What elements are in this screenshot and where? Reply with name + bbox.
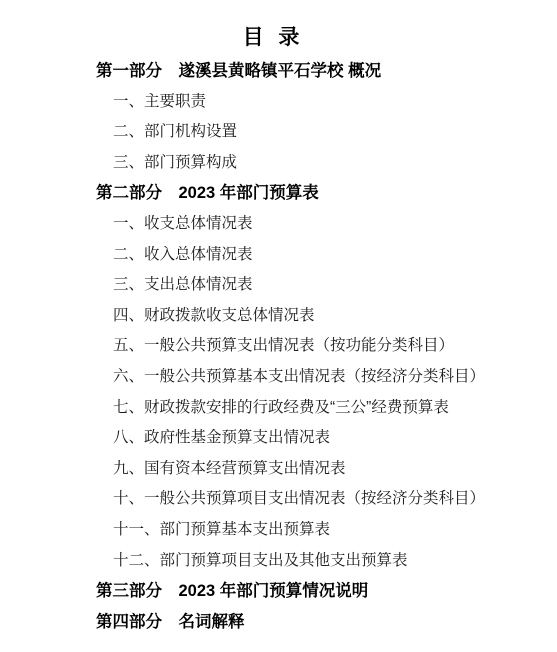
toc-item: 一、收支总体情况表 [0,209,557,240]
toc-item: 二、部门机构设置 [0,117,557,148]
document-title: 目 录 [0,26,550,50]
toc-item: 四、财政拨款收支总体情况表 [0,301,557,332]
toc-item: 三、部门预算构成 [0,148,557,179]
toc-item: 九、国有资本经营预算支出情况表 [0,454,557,485]
toc-item: 三、支出总体情况表 [0,270,557,301]
toc-item: 十一、部门预算基本支出预算表 [0,515,557,546]
toc-section-heading-4: 第四部分 名词解释 [0,607,557,638]
toc-item: 二、收入总体情况表 [0,240,557,271]
toc-section-heading-3: 第三部分 2023 年部门预算情况说明 [0,576,557,607]
toc-item: 七、财政拨款安排的行政经费及“三公”经费预算表 [0,393,557,424]
toc-page: 目 录 第一部分 遂溪县黄略镇平石学校 概况 一、主要职责 二、部门机构设置 三… [0,0,557,652]
toc-item: 六、一般公共预算基本支出情况表（按经济分类科目） [0,362,557,393]
toc-section-heading-1: 第一部分 遂溪县黄略镇平石学校 概况 [0,56,557,87]
toc-item: 十、一般公共预算项目支出情况表（按经济分类科目） [0,484,557,515]
toc-item: 十二、部门预算项目支出及其他支出预算表 [0,546,557,577]
toc-item: 一、主要职责 [0,87,557,118]
toc-item: 五、一般公共预算支出情况表（按功能分类科目） [0,331,557,362]
toc-item: 八、政府性基金预算支出情况表 [0,423,557,454]
table-of-contents: 第一部分 遂溪县黄略镇平石学校 概况 一、主要职责 二、部门机构设置 三、部门预… [0,56,557,637]
toc-section-heading-2: 第二部分 2023 年部门预算表 [0,178,557,209]
